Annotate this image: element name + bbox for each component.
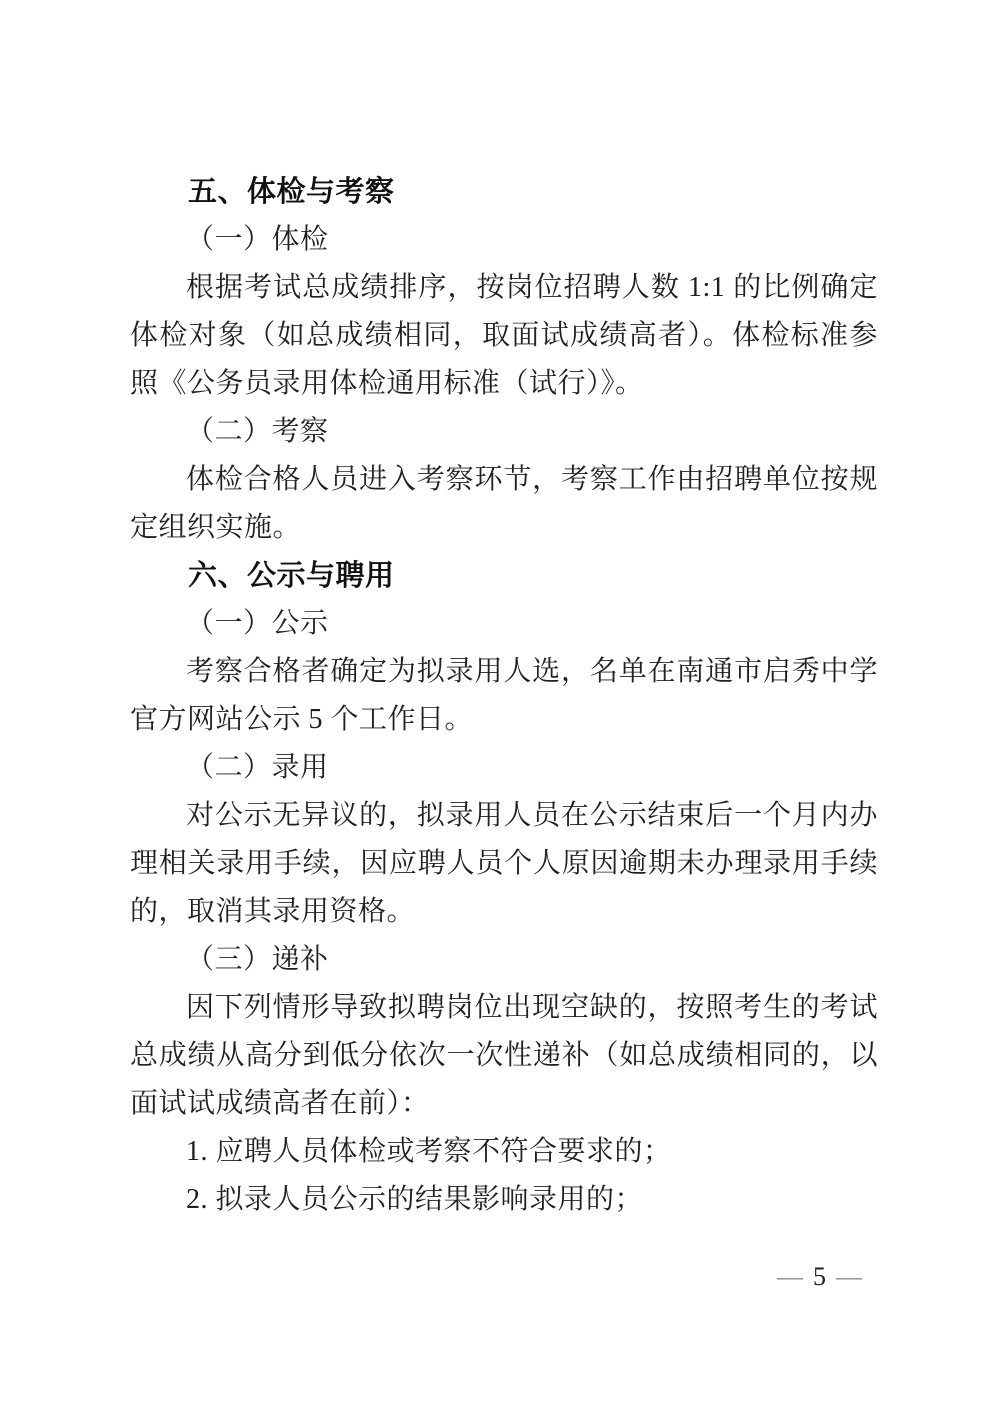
subsection-heading-inspection: （二）考察: [130, 408, 878, 456]
page-number-value: 5: [813, 1262, 826, 1291]
subsection-heading-medical-exam: （一）体检: [130, 216, 878, 264]
section-heading-5: 五、体检与考察: [130, 168, 878, 216]
paragraph-replacement: 因下列情形导致拟聘岗位出现空缺的，按照考生的考试总成绩从高分到低分依次一次性递补…: [130, 984, 878, 1128]
paragraph-medical-exam: 根据考试总成绩排序，按岗位招聘人数 1:1 的比例确定体检对象（如总成绩相同，取…: [130, 264, 878, 408]
list-item-1: 1. 应聘人员体检或考察不符合要求的；: [130, 1128, 878, 1176]
page-number: —5—: [767, 1262, 872, 1292]
page-number-dash-left: —: [767, 1262, 813, 1291]
subsection-heading-employment: （二）录用: [130, 744, 878, 792]
section-heading-6: 六、公示与聘用: [130, 552, 878, 600]
paragraph-publicity: 考察合格者确定为拟录用人选，名单在南通市启秀中学官方网站公示 5 个工作日。: [130, 648, 878, 744]
page-number-dash-right: —: [826, 1262, 872, 1291]
paragraph-employment: 对公示无异议的，拟录用人员在公示结束后一个月内办理相关录用手续，因应聘人员个人原…: [130, 792, 878, 936]
subsection-heading-replacement: （三）递补: [130, 936, 878, 984]
document-page: 五、体检与考察 （一）体检 根据考试总成绩排序，按岗位招聘人数 1:1 的比例确…: [0, 0, 1000, 1415]
list-item-2: 2. 拟录人员公示的结果影响录用的；: [130, 1176, 878, 1224]
paragraph-inspection: 体检合格人员进入考察环节，考察工作由招聘单位按规定组织实施。: [130, 456, 878, 552]
subsection-heading-publicity: （一）公示: [130, 600, 878, 648]
